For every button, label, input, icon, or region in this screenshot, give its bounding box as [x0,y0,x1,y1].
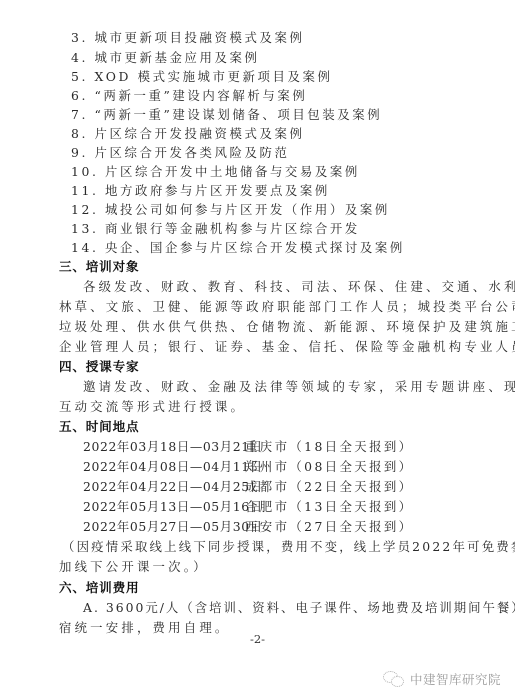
paragraph-line: 垃圾处理、供水供气供热、仓储物流、新能源、环境保护及建筑施工等行业 [59,317,515,337]
topic-item: 5. XOD 模式实施城市更新项目及案例 [71,67,332,87]
topic-item: 9. 片区综合开发各类风险及防范 [71,143,289,163]
schedule-city: 郑州市（08日全天报到） [245,457,413,477]
schedule-row: 2022年05月27日—05月30日 西安市（27日全天报到） [83,517,263,537]
paragraph-line: 互动交流等形式进行授课。 [59,397,246,417]
schedule-row: 2022年03月18日—03月21日 重庆市（18日全天报到） [83,437,263,457]
schedule-dates: 2022年05月27日—05月30日 [83,519,263,534]
schedule-dates: 2022年04月08日—04月11日 [83,459,263,474]
watermark: 中建智库研究院 [383,670,501,688]
schedule-city: 合肥市（13日全天报到） [245,497,413,517]
topic-item: 11. 地方政府参与片区开发要点及案例 [71,181,330,201]
schedule-row: 2022年04月08日—04月11日 郑州市（08日全天报到） [83,457,263,477]
page-number: -2- [0,632,515,646]
schedule-city: 成都市（22日全天报到） [245,477,413,497]
topic-item: 8. 片区综合开发投融资模式及案例 [71,124,304,144]
topic-item: 3. 城市更新项目投融资模式及案例 [71,28,304,48]
document-page: 3. 城市更新项目投融资模式及案例 4. 城市更新基金应用及案例 5. XOD … [0,0,515,700]
topic-item: 7. “两新一重”建设谋划储备、项目包装及案例 [71,105,382,125]
paragraph-line: 林草、文旅、卫健、能源等政府职能部门工作人员；城投类平台公司、污水 [59,297,515,317]
paragraph-line: 各级发改、财政、教育、科技、司法、环保、住建、交通、水利、农业、 [83,277,515,297]
schedule-city: 西安市（27日全天报到） [245,517,413,537]
schedule-dates: 2022年04月22日—04月25日 [83,479,263,494]
watermark-text: 中建智库研究院 [410,670,501,688]
schedule-dates: 2022年03月18日—03月21日 [83,439,263,454]
section-heading-fees: 六、培训费用 [59,578,139,598]
section-heading-time-location: 五、时间地点 [59,417,139,437]
topic-item: 6. “两新一重”建设内容解析与案例 [71,86,307,106]
section-heading-trainees: 三、培训对象 [59,257,139,277]
schedule-note: 加线下公开课一次。） [59,557,209,577]
schedule-note: （因疫情采取线上线下同步授课，费用不变，线上学员2022年可免费参 [62,537,515,557]
schedule-city: 重庆市（18日全天报到） [245,437,413,457]
topic-item: 14. 央企、国企参与片区综合开发模式探讨及案例 [71,238,405,258]
topic-item: 13. 商业银行等金融机构参与片区综合开发 [71,219,360,239]
section-heading-experts: 四、授课专家 [59,357,139,377]
schedule-row: 2022年05月13日—05月16日 合肥市（13日全天报到） [83,497,263,517]
topic-item: 10. 片区综合开发中土地储备与交易及案例 [71,162,360,182]
wechat-icon [383,671,405,687]
paragraph-line: A. 3600元/人（含培训、资料、电子课件、场地费及培训期间午餐），住 [83,598,515,618]
paragraph-line: 邀请发改、财政、金融及法律等领域的专家，采用专题讲座、现场答疑、 [83,377,515,397]
paragraph-line: 企业管理人员；银行、证券、基金、信托、保险等金融机构专业人员。 [59,337,515,357]
topic-item: 12. 城投公司如何参与片区开发（作用）及案例 [71,200,390,220]
schedule-row: 2022年04月22日—04月25日 成都市（22日全天报到） [83,477,263,497]
schedule-dates: 2022年05月13日—05月16日 [83,499,263,514]
topic-item: 4. 城市更新基金应用及案例 [71,48,259,68]
